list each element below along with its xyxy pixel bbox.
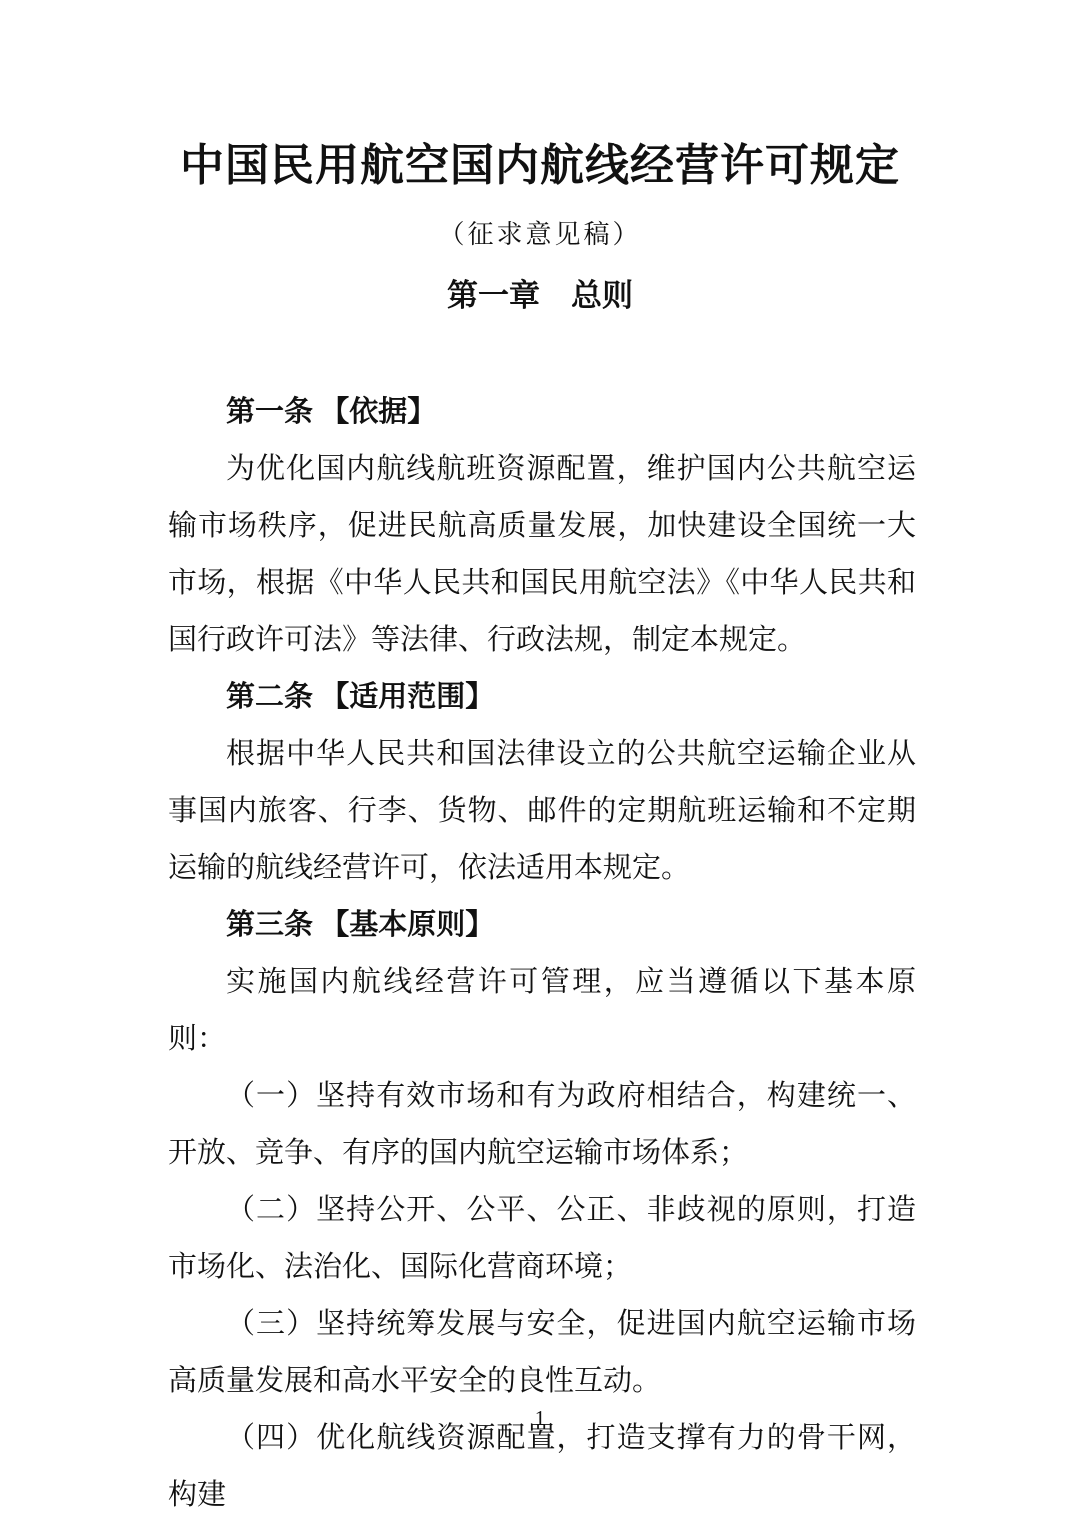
article-2-paragraph-1: 根据中华人民共和国法律设立的公共航空运输企业从事国内旅客、行李、货物、邮件的定期… [168, 726, 916, 897]
article-3-paragraph-1: 实施国内航线经营许可管理，应当遵循以下基本原则： [168, 954, 916, 1068]
article-1-paragraph-1: 为优化国内航线航班资源配置，维护国内公共航空运输市场秩序，促进民航高质量发展，加… [168, 441, 916, 669]
article-1-heading: 第一条 【依据】 [168, 384, 916, 441]
article-3-paragraph-4: （三）坚持统筹发展与安全，促进国内航空运输市场高质量发展和高水平安全的良性互动。 [168, 1296, 916, 1410]
article-3-paragraph-3: （二）坚持公开、公平、公正、非歧视的原则，打造市场化、法治化、国际化营商环境； [168, 1182, 916, 1296]
document-subtitle: （征求意见稿） [0, 219, 1080, 250]
article-2-heading: 第二条 【适用范围】 [168, 669, 916, 726]
document-title: 中国民用航空国内航线经营许可规定 [0, 138, 1080, 193]
document-page: 中国民用航空国内航线经营许可规定 （征求意见稿） 第一章 总则 第一条 【依据】… [0, 0, 1080, 1526]
page-number: 1 [0, 1406, 1080, 1431]
article-3-paragraph-2: （一）坚持有效市场和有为政府相结合，构建统一、开放、竞争、有序的国内航空运输市场… [168, 1068, 916, 1182]
document-body: 第一条 【依据】 为优化国内航线航班资源配置，维护国内公共航空运输市场秩序，促进… [0, 384, 1080, 1524]
article-3-heading: 第三条 【基本原则】 [168, 897, 916, 954]
chapter-heading: 第一章 总则 [0, 276, 1080, 316]
